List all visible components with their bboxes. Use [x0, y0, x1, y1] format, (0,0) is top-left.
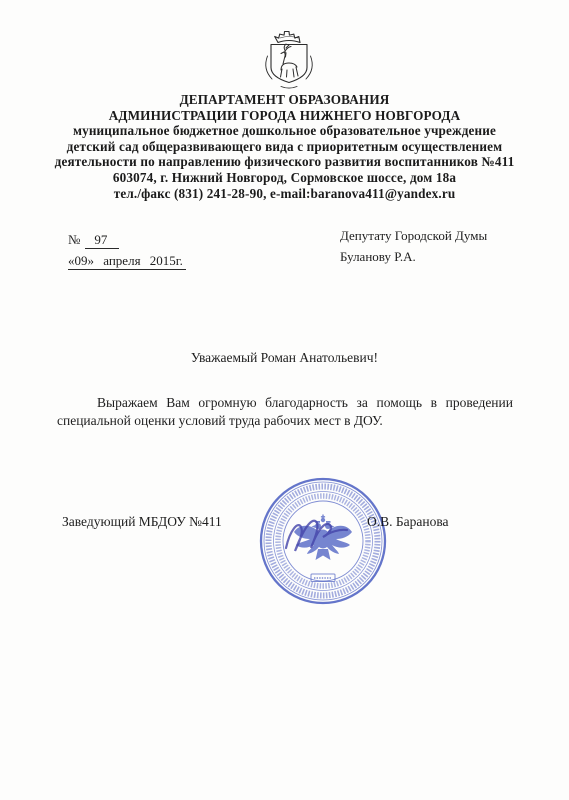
salutation: Уважаемый Роман Анатольевич! — [0, 350, 569, 366]
double-headed-eagle-icon — [294, 515, 352, 561]
reference-block: №97 «09» апреля 2015г. — [68, 229, 186, 271]
recipient-name: Буланову Р.А. — [340, 247, 487, 268]
city-coat-of-arms-icon — [254, 29, 324, 91]
official-stamp-icon — [256, 474, 390, 608]
org-name-line2: АДМИНИСТРАЦИИ ГОРОДА НИЖНЕГО НОВГОРОДА — [0, 108, 569, 124]
letterhead: ДЕПАРТАМЕНТ ОБРАЗОВАНИЯ АДМИНИСТРАЦИИ ГО… — [0, 92, 569, 201]
org-type-line1: муниципальное бюджетное дошкольное образ… — [0, 123, 569, 139]
body-paragraph: Выражаем Вам огромную благодарность за п… — [57, 394, 513, 430]
org-address: 603074, г. Нижний Новгород, Сормовское ш… — [0, 170, 569, 186]
reference-number-line: №97 — [68, 229, 186, 250]
reference-date-line: «09» апреля 2015г. — [68, 250, 186, 271]
org-type-line2: детский сад общеразвивающего вида с прио… — [0, 139, 569, 155]
reference-number-label: № — [68, 232, 80, 247]
scanned-letter-page: ДЕПАРТАМЕНТ ОБРАЗОВАНИЯ АДМИНИСТРАЦИИ ГО… — [0, 0, 569, 800]
org-name-line1: ДЕПАРТАМЕНТ ОБРАЗОВАНИЯ — [0, 92, 569, 108]
reference-date-value: «09» апреля 2015г. — [68, 253, 186, 270]
reference-number-value: 97 — [85, 232, 119, 249]
org-type-line3: деятельности по направлению физического … — [0, 154, 569, 170]
recipient-title: Депутату Городской Думы — [340, 226, 487, 247]
org-contacts: тел./факс (831) 241-28-90, e-mail:barano… — [0, 186, 569, 202]
recipient-block: Депутату Городской Думы Буланову Р.А. — [340, 226, 487, 267]
signer-position: Заведующий МБДОУ №411 — [62, 514, 222, 530]
